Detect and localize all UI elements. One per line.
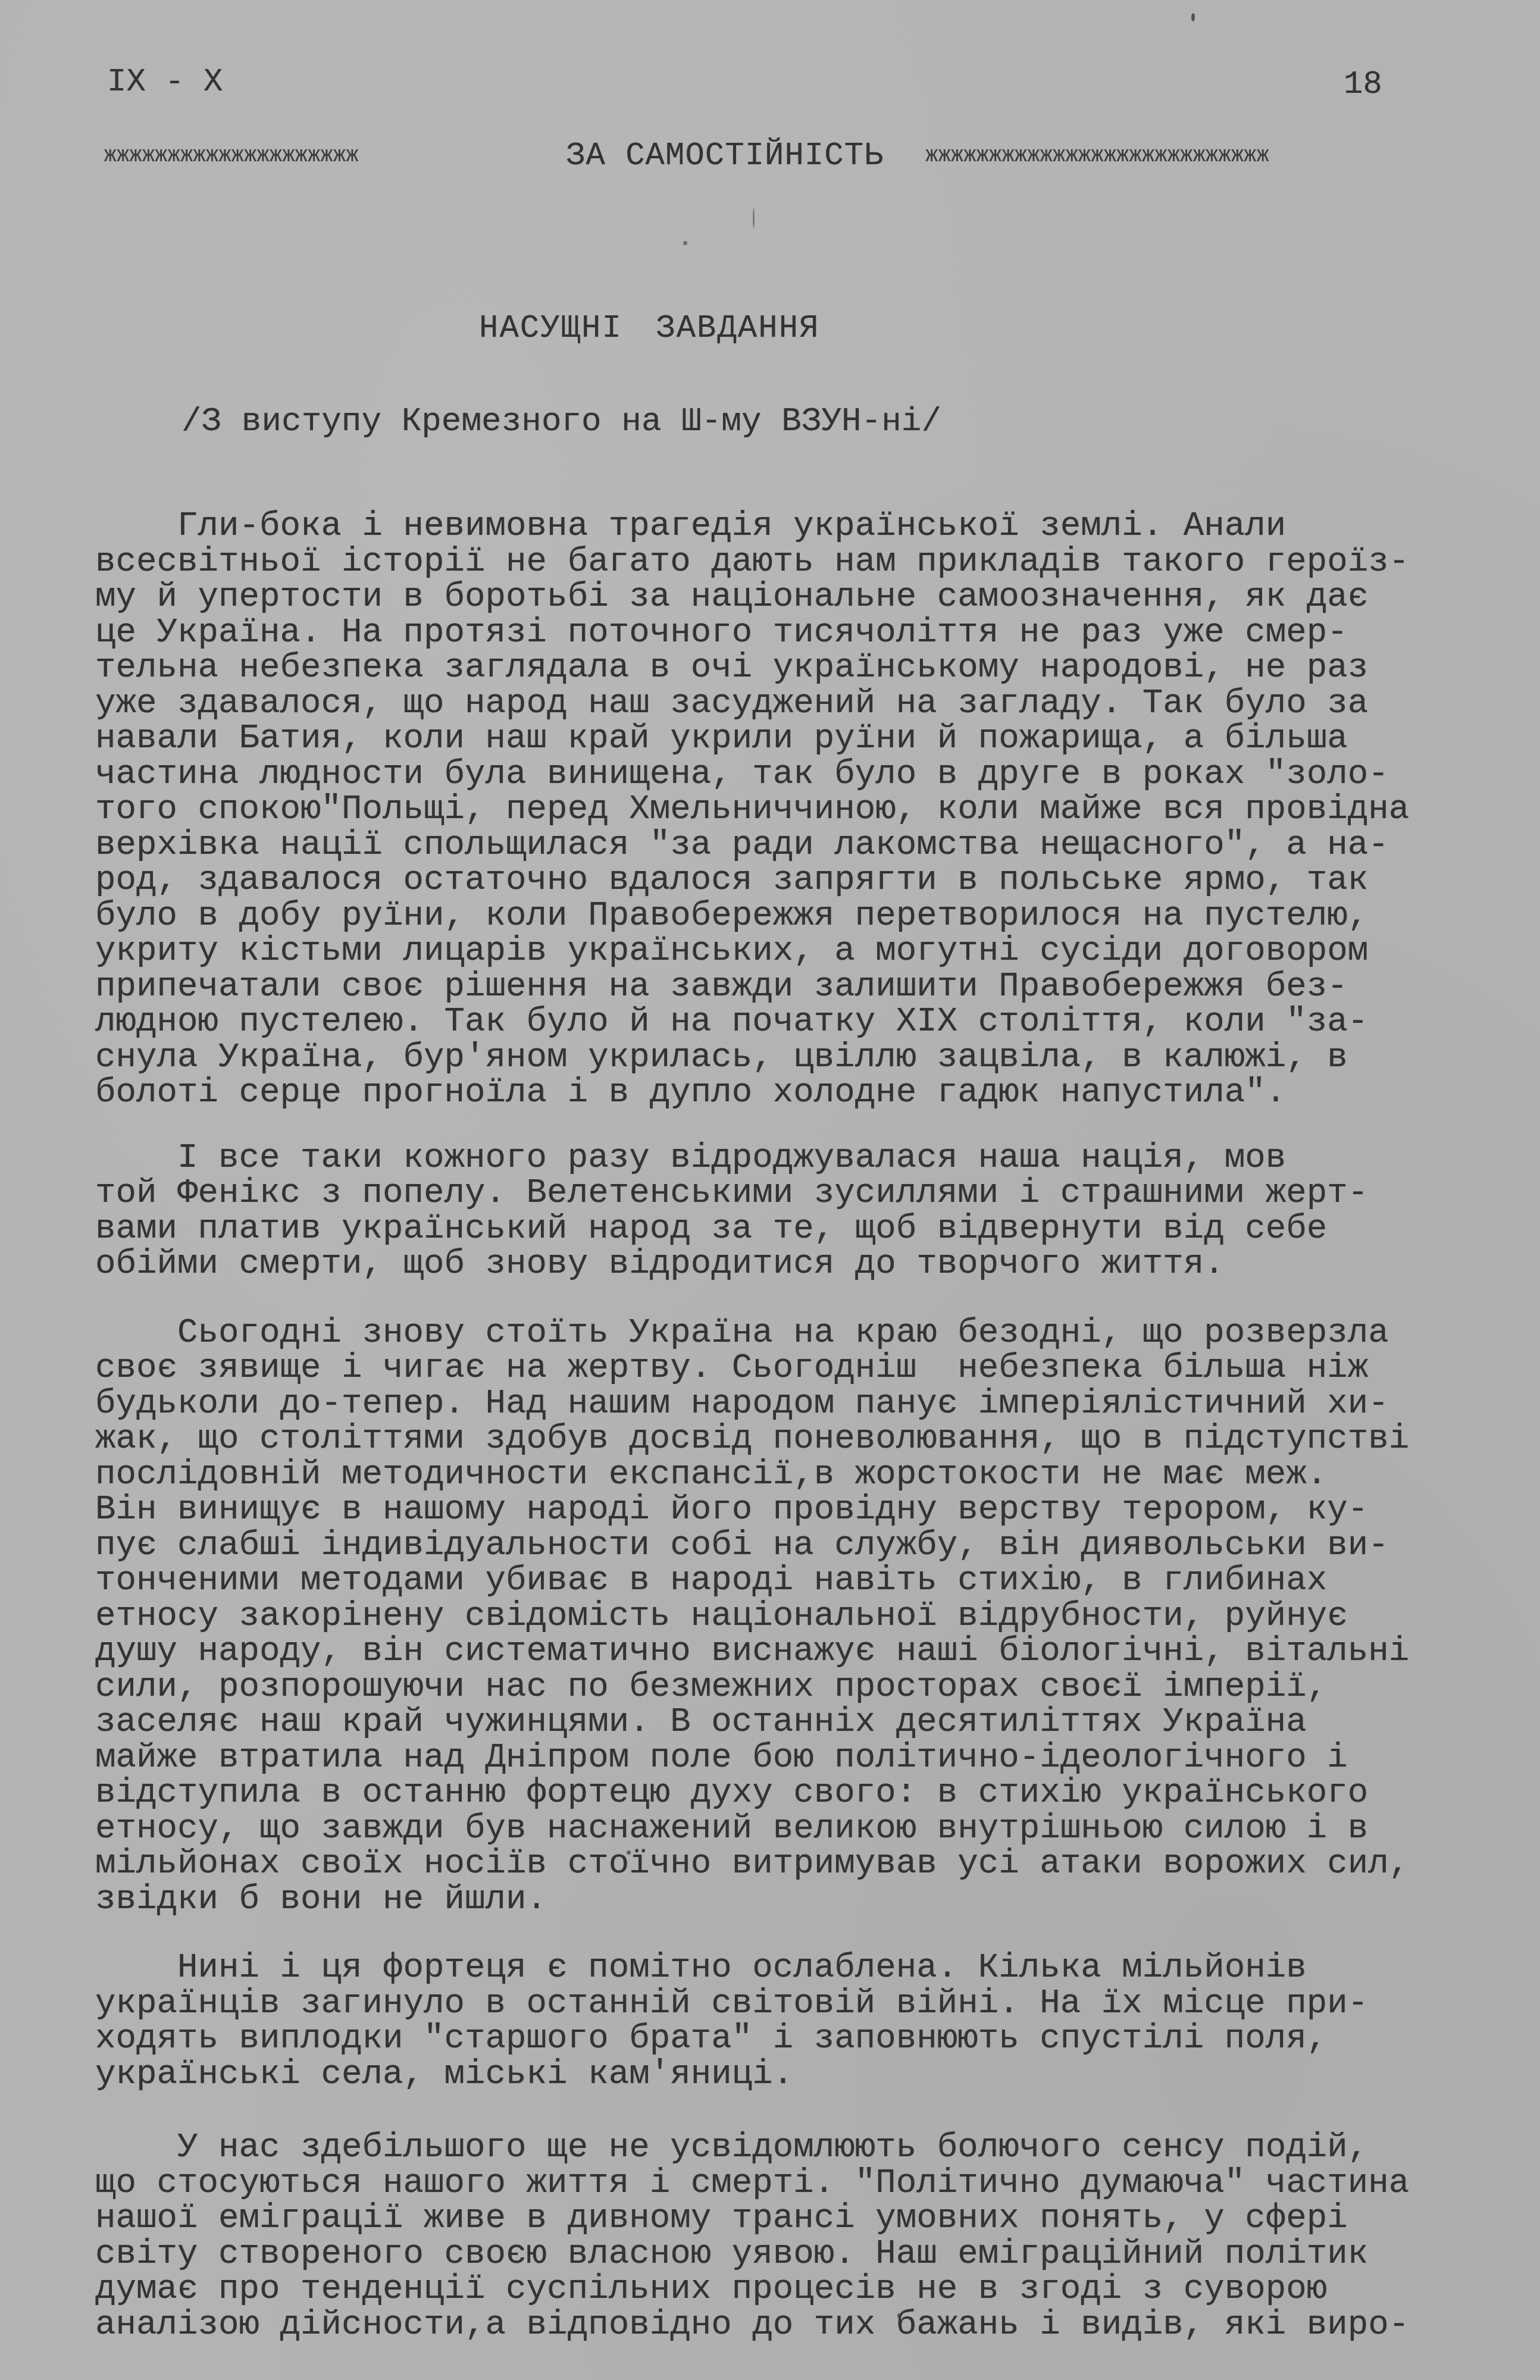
text-line: заселяє наш край чужинцями. В останніх д… (95, 1705, 1464, 1740)
text-line: того спокою"Польщі, перед Хмельниччиною,… (95, 792, 1464, 828)
text-line: У нас здебільшого ще не усвідомлюють бол… (95, 2130, 1464, 2166)
text-line: вами платив український народ за те, щоб… (95, 1211, 1464, 1247)
text-line: пує слабші індивідуальности собі на служ… (95, 1528, 1464, 1564)
masthead-decoration-left: жжжжжжжжжжжжжжжжжжжж (104, 143, 544, 168)
paragraph-1: Гли-бока і невимовна трагедія українсько… (95, 509, 1464, 1111)
text-line: Сьогодні знову стоїть Україна на краю бе… (95, 1316, 1464, 1351)
text-line: етносу закорінену свідомість національно… (95, 1599, 1464, 1634)
article-subtitle: /З виступу Кремезного на Ш-му ВЗУН-ні/ (181, 402, 941, 440)
page-number: 18 (1344, 67, 1382, 103)
text-line: було в добу руїни, коли Правобережжя пер… (95, 898, 1464, 934)
paragraph-2: І все таки кожного разу відроджувалася н… (95, 1141, 1464, 1282)
masthead-title: ЗА САМОСТІЙНІСТЬ (566, 138, 884, 174)
text-line: будьколи до-тепер. Над нашим народом пан… (95, 1386, 1464, 1422)
text-line: аналізою дійсности,а відповідно до тих б… (95, 2307, 1464, 2343)
text-line: Гли-бока і невимовна трагедія українсько… (95, 509, 1464, 544)
paragraph-4: Нині і ця фортеця є помітно ослаблена. К… (95, 1950, 1464, 2092)
text-line: українців загинуло в останній світовій в… (95, 1986, 1464, 2022)
paper-speck (753, 208, 755, 228)
text-line: тонченими методами убиває в народі навіт… (95, 1563, 1464, 1599)
text-line: мільйонах своїх носіїв стоїчно витримува… (95, 1846, 1464, 1882)
text-line: людною пустелею. Так було й на початку X… (95, 1004, 1464, 1040)
paragraph-gap (95, 2092, 1464, 2130)
paragraph-gap (95, 1111, 1464, 1141)
text-line: етносу, що завжди був наснажений великою… (95, 1811, 1464, 1847)
text-line: той Фенікс з попелу. Велетенськими зусил… (95, 1176, 1464, 1211)
text-line: душу народу, він систематично виснажує н… (95, 1634, 1464, 1670)
masthead-decoration-right: жжжжжжжжжжжжжжжжжжжжжжжжжжж (925, 143, 1407, 168)
text-line: що стосуються нашого життя і смерті. "По… (95, 2166, 1464, 2201)
paper-speck (627, 1850, 631, 1855)
paragraph-gap (95, 1917, 1464, 1950)
text-line: уже здавалося, що народ наш засуджений н… (95, 686, 1464, 722)
paper-speck (1191, 13, 1195, 21)
text-line: род, здавалося остаточно вдалося запрягт… (95, 863, 1464, 898)
text-line: це Україна. На протязі поточного тисячол… (95, 615, 1464, 651)
paper-speck (683, 241, 687, 245)
text-line: частина людности була винищена, так було… (95, 757, 1464, 793)
text-line: сили, розпорошуючи нас по безмежних прос… (95, 1670, 1464, 1705)
text-line: Він винищує в нашому народі його провідн… (95, 1492, 1464, 1528)
text-line: своє зявище і чигає на жертву. Сьогодніш… (95, 1351, 1464, 1386)
text-line: відступила в останню фортецю духу свого:… (95, 1775, 1464, 1811)
text-line: послідовній методичности експансії,в жор… (95, 1457, 1464, 1493)
text-line: му й упертости в боротьбі за національне… (95, 580, 1464, 615)
text-line: верхівка нації спольщилася "за ради лако… (95, 828, 1464, 863)
paragraph-gap (95, 1282, 1464, 1316)
text-line: снула Україна, бур'яном укрилась, цвіллю… (95, 1040, 1464, 1076)
text-line: І все таки кожного разу відроджувалася н… (95, 1141, 1464, 1176)
text-line: майже втратила над Дніпром поле бою полі… (95, 1740, 1464, 1776)
paragraph-3: Сьогодні знову стоїть Україна на краю бе… (95, 1316, 1464, 1918)
text-line: всесвітньої історії не багато дають нам … (95, 544, 1464, 580)
text-line: укриту кістьми лицарів українських, а мо… (95, 934, 1464, 969)
masthead: жжжжжжжжжжжжжжжжжжжж ЗА САМОСТІЙНІСТЬ жж… (104, 132, 1449, 180)
issue-number: IX - X (107, 64, 223, 101)
text-line: світу створеного своєю власною уявою. На… (95, 2237, 1464, 2272)
paper-speck (897, 2313, 901, 2318)
text-line: звідки б вони не йшли. (95, 1882, 1464, 1918)
text-line: тельна небезпека заглядала в очі українс… (95, 650, 1464, 686)
article-title: НАСУЩНІ ЗАВДАННЯ (479, 311, 819, 347)
text-line: Нині і ця фортеця є помітно ослаблена. К… (95, 1950, 1464, 1986)
text-line: нашої еміграції живе в дивному трансі ум… (95, 2201, 1464, 2237)
typewritten-page: IX - X 18 жжжжжжжжжжжжжжжжжжжж ЗА САМОСТ… (0, 0, 1540, 2380)
article-body: Гли-бока і невимовна трагедія українсько… (95, 509, 1464, 2343)
text-line: болоті серце прогноїла і в дупло холодне… (95, 1075, 1464, 1111)
paragraph-5: У нас здебільшого ще не усвідомлюють бол… (95, 2130, 1464, 2343)
text-line: обійми смерти, щоб знову відродитися до … (95, 1247, 1464, 1282)
text-line: українські села, міські кам'яниці. (95, 2057, 1464, 2093)
text-line: думає про тенденції суспільних процесів … (95, 2272, 1464, 2307)
text-line: ходять виплодки "старшого брата" і запов… (95, 2021, 1464, 2057)
text-line: навали Батия, коли наш край укрили руїни… (95, 721, 1464, 757)
text-line: припечатали своє рішення на завжди залиш… (95, 969, 1464, 1005)
text-line: жак, що століттями здобув досвід поневол… (95, 1421, 1464, 1457)
